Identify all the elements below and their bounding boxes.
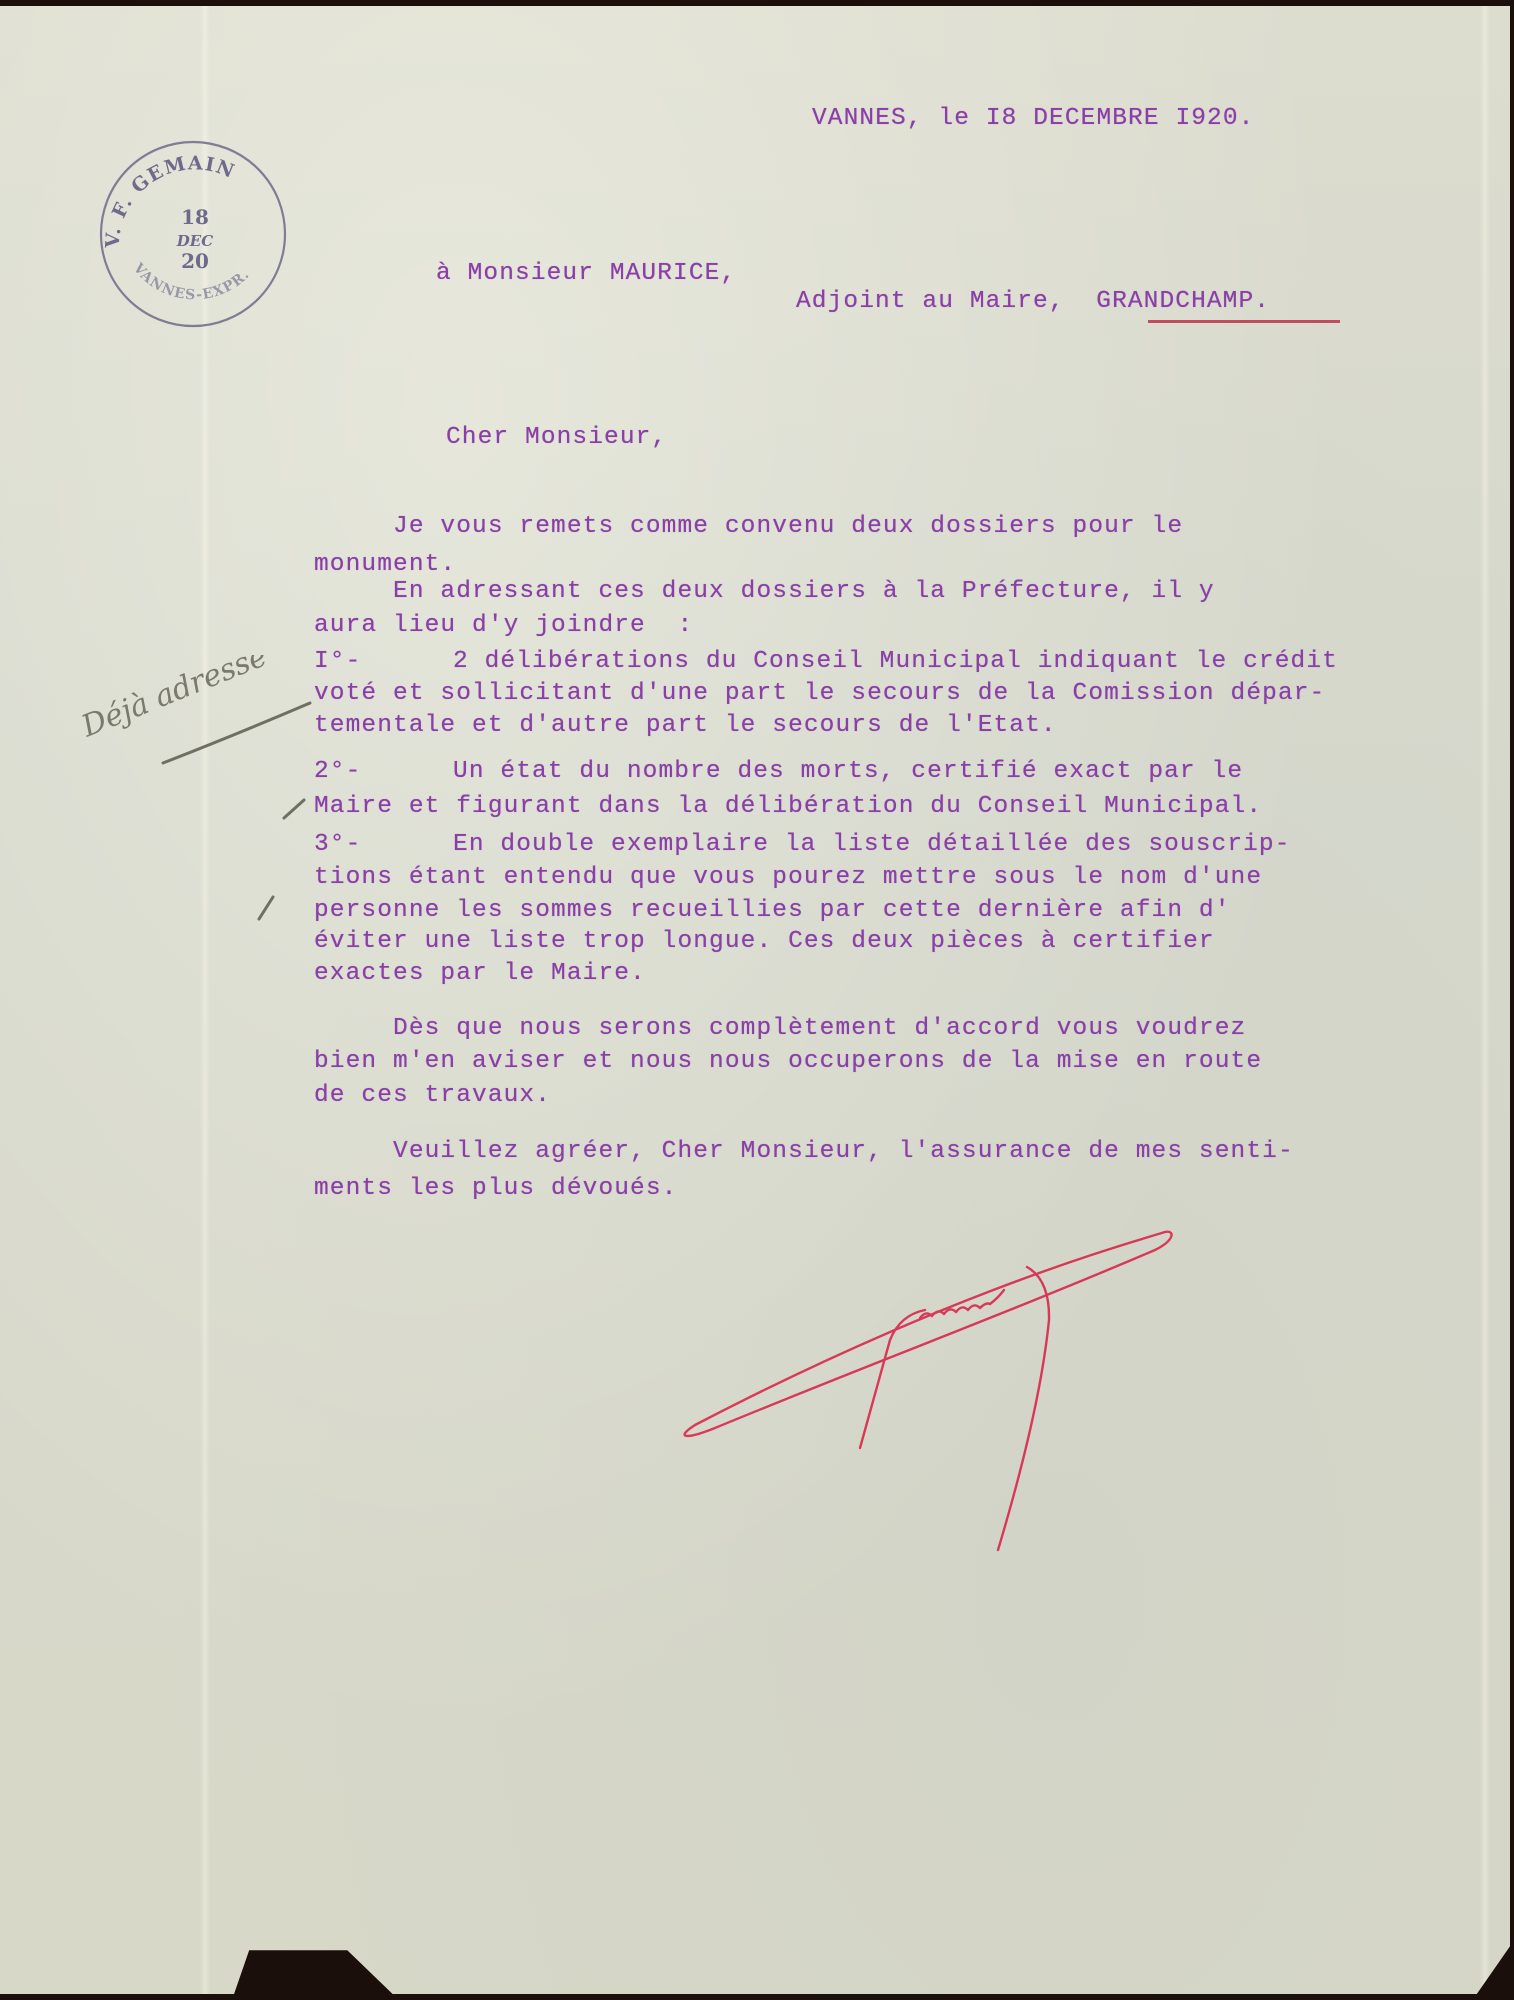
item-2-line: Un état du nombre des morts, certifié ex… — [374, 760, 1243, 785]
place-date: VANNES, le I8 DECEMBRE I920. — [812, 107, 1254, 132]
addressee-line-1: à Monsieur MAURICE, — [436, 262, 736, 287]
town-underline — [1148, 320, 1340, 323]
closing-line: ments les plus dévoués. — [314, 1177, 677, 1202]
para3-line: de ces travaux. — [314, 1084, 551, 1109]
para1-line: monument. — [314, 553, 456, 578]
item-1-line: tementale et d'autre part le secours de … — [314, 714, 1057, 739]
para3-line: bien m'en aviser et nous nous occuperons… — [314, 1050, 1262, 1075]
para2-line: En adressant ces deux dossiers à la Préf… — [314, 580, 1215, 605]
signature-text: Pennec — [925, 1317, 929, 1319]
item-3-line: En double exemplaire la liste détaillée … — [374, 833, 1291, 858]
stamp-top-text: V. F. GEMAIN — [102, 152, 239, 249]
item-3-line: exactes par le Maire. — [314, 962, 646, 987]
addressee-role: Adjoint au Maire, — [796, 288, 1080, 315]
stamp-year: 20 — [181, 249, 209, 273]
item-3-line: personne les sommes recueillies par cett… — [314, 899, 1231, 924]
check-mark-icon — [280, 794, 320, 824]
stamp-day: 18 — [181, 205, 209, 229]
addressee-line-2: Adjoint au Maire, GRANDCHAMP. — [796, 290, 1270, 315]
item-1-line: voté et sollicitant d'une part le secour… — [314, 682, 1325, 707]
signature-icon: Pennec — [655, 1210, 1195, 1570]
item-3-line: éviter une liste trop longue. Ces deux p… — [314, 930, 1215, 955]
item-2-line: Maire et figurant dans la délibération d… — [314, 795, 1262, 820]
item-3-number: 3°- — [314, 833, 361, 858]
item-3-line: tions étant entendu que vous pourez mett… — [314, 866, 1262, 891]
para1-line: Je vous remets comme convenu deux dossie… — [314, 515, 1183, 540]
stamp-month: DEC — [176, 232, 213, 250]
para2-line: aura lieu d'y joindre : — [314, 614, 693, 639]
addressee-town: GRANDCHAMP. — [1096, 288, 1270, 315]
svg-text:V. F. GEMAIN: V. F. GEMAIN — [102, 152, 239, 249]
para3-line: Dès que nous serons complètement d'accor… — [314, 1017, 1246, 1042]
paper-crease — [1480, 6, 1490, 1994]
postmark-stamp-icon: V. F. GEMAIN VANNES-EXPR. 18 DEC 20 — [97, 138, 289, 330]
margin-note-icon: Déjà adressé — [75, 655, 325, 775]
closing-line: Veuillez agréer, Cher Monsieur, l'assura… — [314, 1140, 1294, 1165]
salutation: Cher Monsieur, — [446, 426, 667, 451]
check-mark-icon — [255, 893, 295, 923]
item-1-line: 2 délibérations du Conseil Municipal ind… — [374, 650, 1338, 675]
